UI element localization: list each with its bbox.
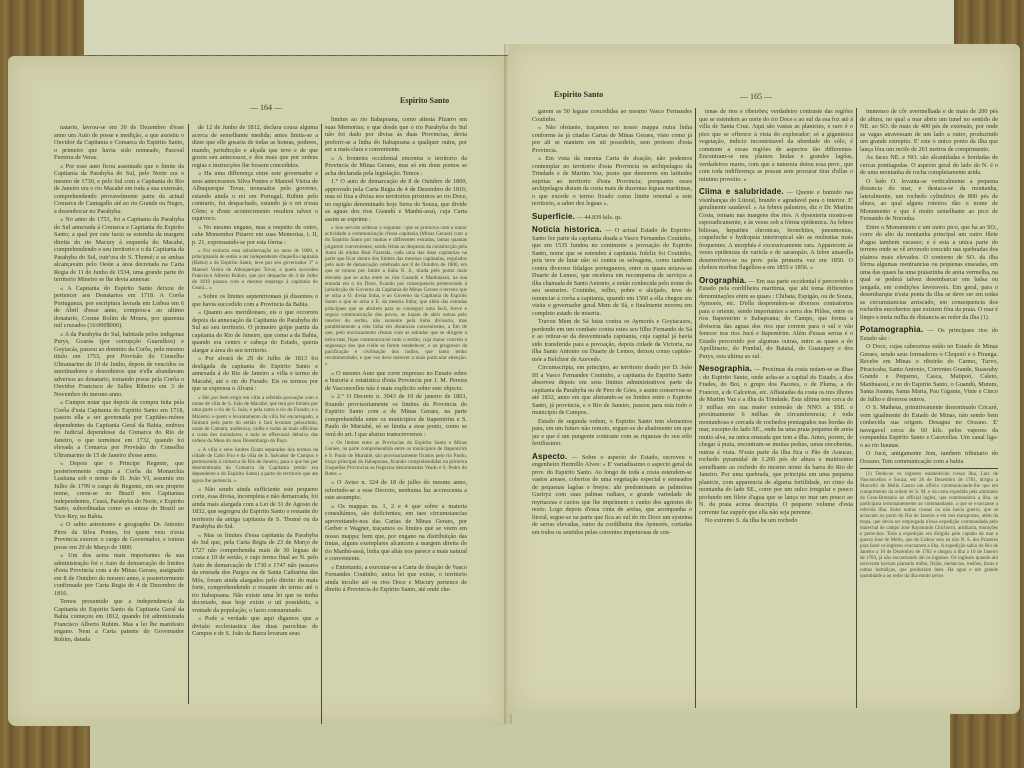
- section-potamographia: Potamographia. — Os principaes rios do E…: [860, 326, 998, 342]
- paragraph: « Os mappas ns. 1, 2 e 4 que sobre a mat…: [325, 503, 467, 563]
- left-column-3: limites ao rio Itabapoana, como attesta …: [325, 116, 467, 706]
- left-running-head: Espirito Santo: [400, 96, 449, 105]
- section-heading: Noticia historica.: [532, 225, 602, 234]
- paragraph: O Doce, cujas cabeceiras estão no Estado…: [860, 343, 998, 403]
- paragraph: Temos presumido que a independencia da C…: [54, 598, 184, 643]
- right-page: Espirito Santo — 165 — garem as 50 legua…: [508, 44, 1020, 714]
- paragraph: natario, lavrou-se em 30 de Dezembro d'e…: [54, 124, 184, 162]
- paragraph: « Não obstante, traçamos no nosso mappa …: [532, 124, 692, 154]
- paragraph: « 2.° O Decreto n. 3043 de 10 de janeiro…: [325, 393, 467, 438]
- paragraph: Entre o Monumento e um outro pico, que h…: [860, 224, 998, 322]
- block-quote: « Os limites entre as Provincias do Espi…: [325, 440, 467, 477]
- section-heading: Superficie.: [532, 212, 575, 221]
- section-superficie: Superficie. — 44.839 kils. qs.: [532, 213, 692, 222]
- section-text: — Em sua parte occidental é percorrido o…: [699, 278, 853, 360]
- section-nesographia: Nesographia. — Proximas da costa notam-s…: [699, 365, 853, 516]
- paragraph: 1.° O auto de demarcação de 8 de Outubro…: [325, 178, 467, 223]
- block-quote: « Hei por bem erigir em villa a referida…: [192, 395, 318, 445]
- paragraph: « Cumpre notar que depois da compra feit…: [54, 399, 184, 459]
- column-divider: [188, 124, 189, 704]
- right-running-head: Espirito Santo: [554, 90, 603, 99]
- section-text: — O actual Estado do Espirito-Santo fez …: [532, 227, 692, 317]
- column-divider: [856, 108, 857, 708]
- paragraph: « Por alvará de 29 de Julho de 1813 foi …: [192, 355, 318, 393]
- section-heading: Orographia.: [699, 276, 747, 285]
- section-heading: Potamographia.: [860, 325, 923, 334]
- paragraph: « Não sendo ainda sufficiente este peque…: [192, 486, 318, 531]
- left-column-1: natario, lavrou-se em 30 de Dezembro d'e…: [54, 124, 184, 709]
- section-text: — Sobre o aspecto do Estado, escreveu o …: [532, 454, 692, 536]
- paragraph: « Um dos actos mais importantes da sua a…: [54, 552, 184, 597]
- paragraph: « Entretanto, a executar-se a Carta de d…: [325, 564, 467, 594]
- paragraph: Circumscripta, em principio, ao territor…: [532, 364, 692, 417]
- left-page: — 164 — Espirito Santo natario, lavrou-s…: [8, 56, 508, 726]
- section-orographia: Orographia. — Em sua parte occidental é …: [699, 277, 853, 361]
- column-divider: [695, 108, 696, 708]
- section-clima: Clima e salubridade. — Quente e humido n…: [699, 188, 853, 272]
- paragraph: « Por esse auto ficou assentado que o li…: [54, 163, 184, 216]
- paragraph: garem as 50 leguas concedidas ao mesmo V…: [532, 108, 692, 123]
- section-text: — Quente e humido nas visinhanças do Lit…: [699, 189, 853, 271]
- paragraph: As faces NE. e NO. são alcantiladas e bo…: [860, 154, 998, 177]
- section-text: — 44.839 kils. qs.: [577, 214, 622, 221]
- paragraph: « A fronteira occidental encontra o terr…: [325, 155, 467, 178]
- paragraph: « A da Parahyba do Sul, habitada pelos i…: [54, 331, 184, 399]
- column-divider: [321, 124, 322, 724]
- paragraph: « Mas os limites d'essa capitania da Par…: [192, 532, 318, 615]
- paragraph: Estado de segunda ordem, o Espirito Sant…: [532, 418, 692, 448]
- paragraph: Travou Mem de Sá lutas contra os Aymorés…: [532, 318, 692, 363]
- paragraph: O Jucú, antigamente Jem, tambem tributar…: [860, 450, 998, 465]
- paragraph: limites ao rio Itabapoana, como attesta …: [325, 116, 467, 154]
- paragraph: immenso de côr avermelhada e de mais de …: [860, 108, 998, 153]
- right-column-3: immenso de côr avermelhada e de mais de …: [860, 108, 998, 728]
- open-book: — 164 — Espirito Santo natario, lavrou-s…: [0, 44, 1024, 724]
- left-column-2: de 12 de Junho de 1812, declara cousa al…: [192, 124, 318, 724]
- paragraph: « No anno de 1753, foi a Capitania da Pa…: [54, 216, 184, 284]
- block-quote: « Sou servido ordenar o seguinte : que s…: [325, 225, 467, 368]
- paragraph: O lado O. levanta-se verticalmente a peq…: [860, 178, 998, 223]
- paragraph: de 12 de Junho de 1812, declara cousa al…: [192, 124, 318, 169]
- section-aspecto: Aspecto. — Sobre o aspecto do Estado, es…: [532, 453, 692, 537]
- paragraph: « Quanto aos meridionaes, eis o que occo…: [192, 309, 318, 354]
- paragraph: « No mesmo engano, mas a respeito de out…: [192, 224, 318, 247]
- section-heading: Nesographia.: [699, 364, 752, 373]
- paragraph: « Depois que o Principe Regente, que pos…: [54, 460, 184, 520]
- paragraph: « Ha uma differença entre este governado…: [192, 170, 318, 223]
- paragraph: tenas de rios e ribeirões; verdadeiro co…: [699, 108, 853, 183]
- paragraph: « O Aviso n. 324 de 18 de julho do mesmo…: [325, 479, 467, 502]
- paragraph: O S. Matheus, primitivamente denominado …: [860, 404, 998, 449]
- right-page-number: — 165 —: [740, 92, 772, 101]
- left-page-number: — 164 —: [250, 103, 282, 112]
- right-column-1: garem as 50 leguas concedidas ao mesmo V…: [532, 108, 692, 718]
- section-noticia-historica: Noticia historica. — O actual Estado do …: [532, 226, 692, 317]
- paragraph: « O mesmo Auto que corre impresso no Ens…: [325, 370, 467, 393]
- paragraph: « Pode a verdade que aqui digamos que a …: [192, 615, 318, 638]
- section-heading: Clima e salubridade.: [699, 187, 784, 196]
- footnote: (1) Tendo-se os inglezes estabelecido n'…: [860, 472, 998, 580]
- right-column-2: tenas de rios e ribeirões; verdadeiro co…: [699, 108, 853, 718]
- paragraph: « Sobre os limites septentrionaes já dis…: [192, 293, 318, 308]
- section-text: — Proximas da costa notam-se as ilhas : …: [699, 366, 853, 516]
- paragraph: « A Capitania do Espirito Santo deixou d…: [54, 285, 184, 330]
- section-heading: Aspecto.: [532, 452, 567, 461]
- paragraph: No extremo S. da ilha ha um rochedo: [699, 517, 853, 525]
- paragraph: « Em vista da mesma Carta de doação, não…: [532, 155, 692, 208]
- paragraph: « O sabio astronomo e geographo Dr. Anto…: [54, 521, 184, 551]
- footnote-divider: [860, 468, 998, 469]
- block-quote: « Foi extincta essa subalternação no ann…: [192, 248, 318, 291]
- block-quote: « A villa e seus limites ficam separados…: [192, 447, 318, 484]
